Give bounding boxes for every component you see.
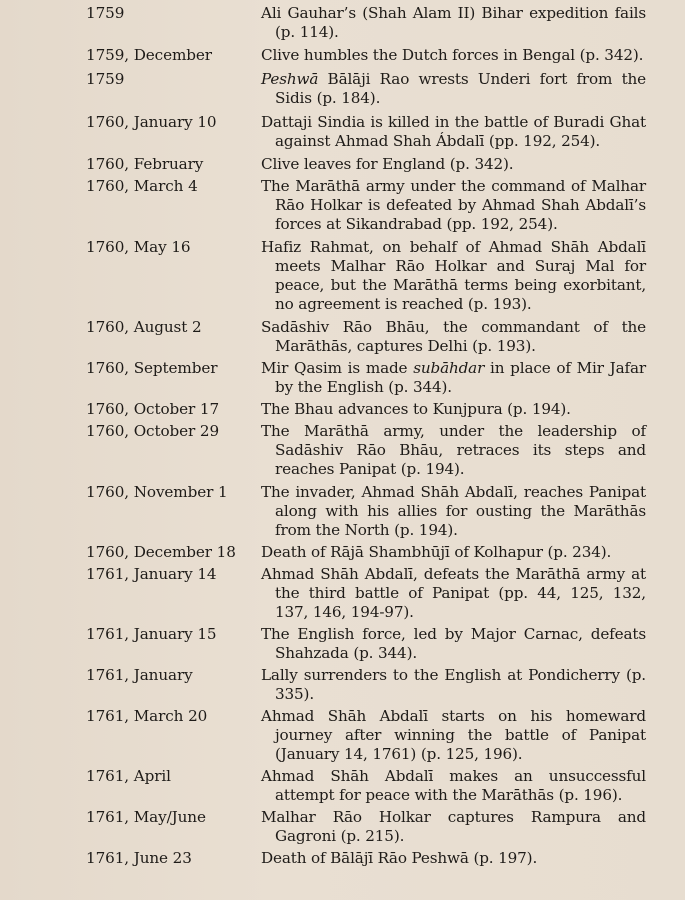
chronology-entry: 1760, SeptemberMir Qasim is made subāhda…	[86, 359, 646, 397]
entry-description: Malhar Rāo Holkar captures Rampura and G…	[275, 808, 646, 846]
chronology-entry: 1760, October 17The Bhau advances to Kun…	[86, 400, 646, 419]
entry-date: 1761, January 14	[86, 565, 261, 584]
chronology-entry: 1761, June 23Death of Bālājī Rāo Peshwā …	[86, 849, 646, 868]
entry-date: 1760, August 2	[86, 318, 261, 337]
entry-description: Death of Bālājī Rāo Peshwā (p. 197).	[275, 849, 646, 868]
entry-date: 1761, January 15	[86, 625, 261, 644]
entry-date: 1760, October 17	[86, 400, 261, 419]
entry-date: 1759	[86, 4, 261, 23]
chronology-entry: 1760, FebruaryClive leaves for England (…	[86, 155, 646, 174]
entry-description: Mir Qasim is made subāhdar in place of M…	[275, 359, 646, 397]
entry-description: Clive leaves for England (p. 342).	[275, 155, 646, 174]
chronology-entry: 1760, November 1The invader, Ahmad Shāh …	[86, 483, 646, 540]
chronology-entry: 1759Peshwā Bālāji Rao wrests Underi fort…	[86, 70, 646, 108]
chronology-entry: 1761, January 14Ahmad Shāh Abdalī, defea…	[86, 565, 646, 622]
entry-date: 1760, September	[86, 359, 261, 378]
entry-date: 1761, March 20	[86, 707, 261, 726]
entry-description: The invader, Ahmad Shāh Abdalī, reaches …	[275, 483, 646, 540]
chronology-entry: 1761, May/JuneMalhar Rāo Holkar captures…	[86, 808, 646, 846]
chronology-entry: 1761, January 15The English force, led b…	[86, 625, 646, 663]
chronology-entry: 1761, March 20Ahmad Shāh Abdalī starts o…	[86, 707, 646, 764]
entry-date: 1760, December 18	[86, 543, 261, 562]
entry-date: 1760, January 10	[86, 113, 261, 132]
entry-description: Hafiz Rahmat, on behalf of Ahmad Shāh Ab…	[275, 238, 646, 314]
chronology-list: 1759Ali Gauhar’s (Shah Alam II) Bihar ex…	[86, 4, 646, 868]
chronology-entry: 1761, AprilAhmad Shāh Abdalī makes an un…	[86, 767, 646, 805]
entry-description: Clive humbles the Dutch forces in Bengal…	[275, 46, 646, 65]
chronology-entry: 1760, October 29The Marāthā army, under …	[86, 422, 646, 479]
entry-date: 1759, December	[86, 46, 261, 65]
entry-description: Sadāshiv Rāo Bhāu, the commandant of the…	[275, 318, 646, 356]
entry-date: 1761, January	[86, 666, 261, 685]
entry-description: Ahmad Shāh Abdalī, defeats the Marāthā a…	[275, 565, 646, 622]
entry-date: 1759	[86, 70, 261, 89]
entry-description: Ahmad Shāh Abdalī makes an unsuccessful …	[275, 767, 646, 805]
entry-date: 1760, March 4	[86, 177, 261, 196]
chronology-entry: 1761, JanuaryLally surrenders to the Eng…	[86, 666, 646, 704]
entry-description: The Marāthā army under the command of Ma…	[275, 177, 646, 234]
entry-description: Ali Gauhar’s (Shah Alam II) Bihar expedi…	[275, 4, 646, 42]
entry-description: Death of Rājā Shambhūjī of Kolhapur (p. …	[275, 543, 646, 562]
document-page: 1759Ali Gauhar’s (Shah Alam II) Bihar ex…	[0, 0, 685, 900]
entry-date: 1760, February	[86, 155, 261, 174]
entry-date: 1761, May/June	[86, 808, 261, 827]
chronology-entry: 1760, August 2Sadāshiv Rāo Bhāu, the com…	[86, 318, 646, 356]
chronology-entry: 1759, DecemberClive humbles the Dutch fo…	[86, 46, 646, 65]
entry-date: 1760, October 29	[86, 422, 261, 441]
entry-date: 1761, June 23	[86, 849, 261, 868]
entry-description: Ahmad Shāh Abdalī starts on his homeward…	[275, 707, 646, 764]
chronology-entry: 1760, May 16Hafiz Rahmat, on behalf of A…	[86, 238, 646, 314]
entry-description: The English force, led by Major Carnac, …	[275, 625, 646, 663]
chronology-entry: 1760, January 10Dattaji Sindia is killed…	[86, 113, 646, 151]
entry-description: Lally surrenders to the English at Pondi…	[275, 666, 646, 704]
entry-description: The Marāthā army, under the leadership o…	[275, 422, 646, 479]
entry-date: 1761, April	[86, 767, 261, 786]
chronology-entry: 1760, December 18Death of Rājā Shambhūjī…	[86, 543, 646, 562]
entry-description: Dattaji Sindia is killed in the battle o…	[275, 113, 646, 151]
entry-description: Peshwā Bālāji Rao wrests Underi fort fro…	[275, 70, 646, 108]
entry-date: 1760, November 1	[86, 483, 261, 502]
entry-description: The Bhau advances to Kunjpura (p. 194).	[275, 400, 646, 419]
chronology-entry: 1760, March 4The Marāthā army under the …	[86, 177, 646, 234]
entry-date: 1760, May 16	[86, 238, 261, 257]
chronology-entry: 1759Ali Gauhar’s (Shah Alam II) Bihar ex…	[86, 4, 646, 42]
